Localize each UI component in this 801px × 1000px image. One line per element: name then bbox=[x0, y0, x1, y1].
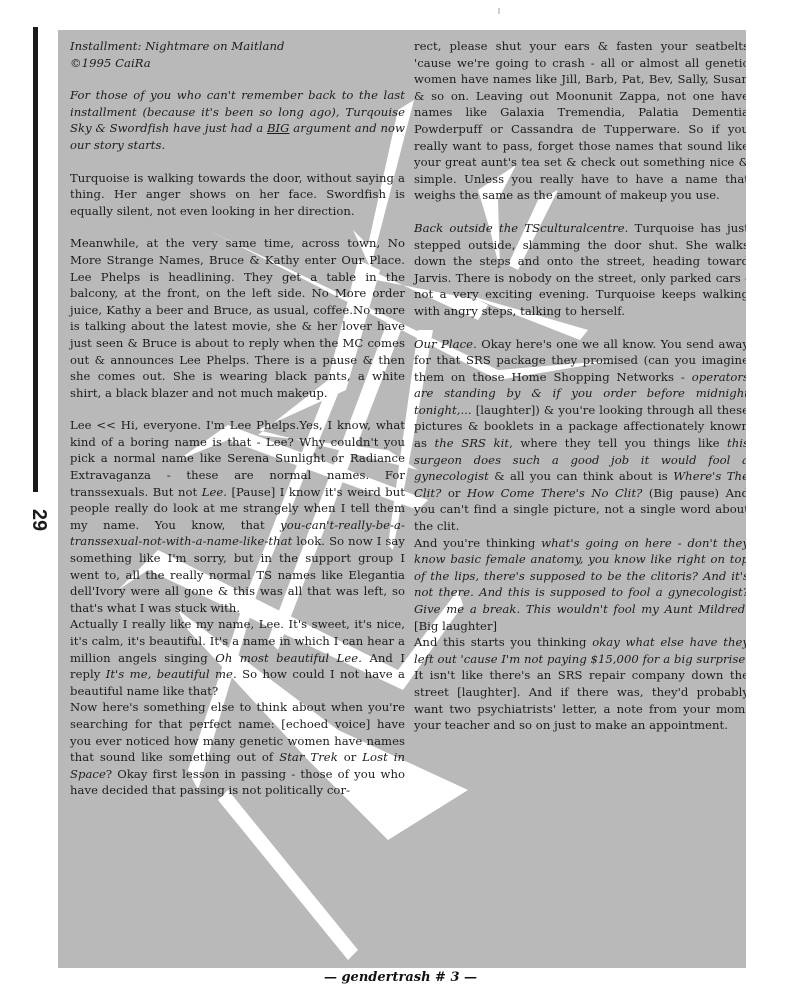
intro-paragraph: For those of you who can't remember back… bbox=[70, 87, 405, 153]
paragraph: rect, please shut your ears & fasten you… bbox=[414, 38, 746, 204]
paragraph: Lee << Hi, everyone. I'm Lee Phelps.Yes,… bbox=[70, 417, 405, 616]
page-number: 29 bbox=[27, 505, 51, 535]
paragraph: Back outside the TSculturalcentre. Turqu… bbox=[414, 220, 746, 320]
right-column: rect, please shut your ears & fasten you… bbox=[414, 38, 746, 734]
paragraph: And you're thinking what's going on here… bbox=[414, 535, 746, 635]
installment-title: Installment: Nightmare on Maitland bbox=[70, 38, 405, 55]
paragraph: Our Place. Okay here's one we all know. … bbox=[414, 336, 746, 535]
side-rule bbox=[33, 27, 38, 492]
paragraph: Meanwhile, at the very same time, across… bbox=[70, 235, 405, 401]
copyright-line: ©1995 CaiRa bbox=[70, 55, 405, 72]
paragraph: And this starts you thinking okay what e… bbox=[414, 634, 746, 734]
paragraph: Turquoise is walking towards the door, w… bbox=[70, 170, 405, 220]
footer-masthead: — gendertrash # 3 — bbox=[0, 970, 801, 985]
paragraph: Now here's something else to think about… bbox=[70, 699, 405, 799]
left-column: Installment: Nightmare on Maitland ©1995… bbox=[70, 38, 405, 799]
article-panel: Installment: Nightmare on Maitland ©1995… bbox=[58, 30, 746, 968]
scan-speck bbox=[498, 8, 500, 14]
paragraph: Actually I really like my name, Lee. It'… bbox=[70, 616, 405, 699]
